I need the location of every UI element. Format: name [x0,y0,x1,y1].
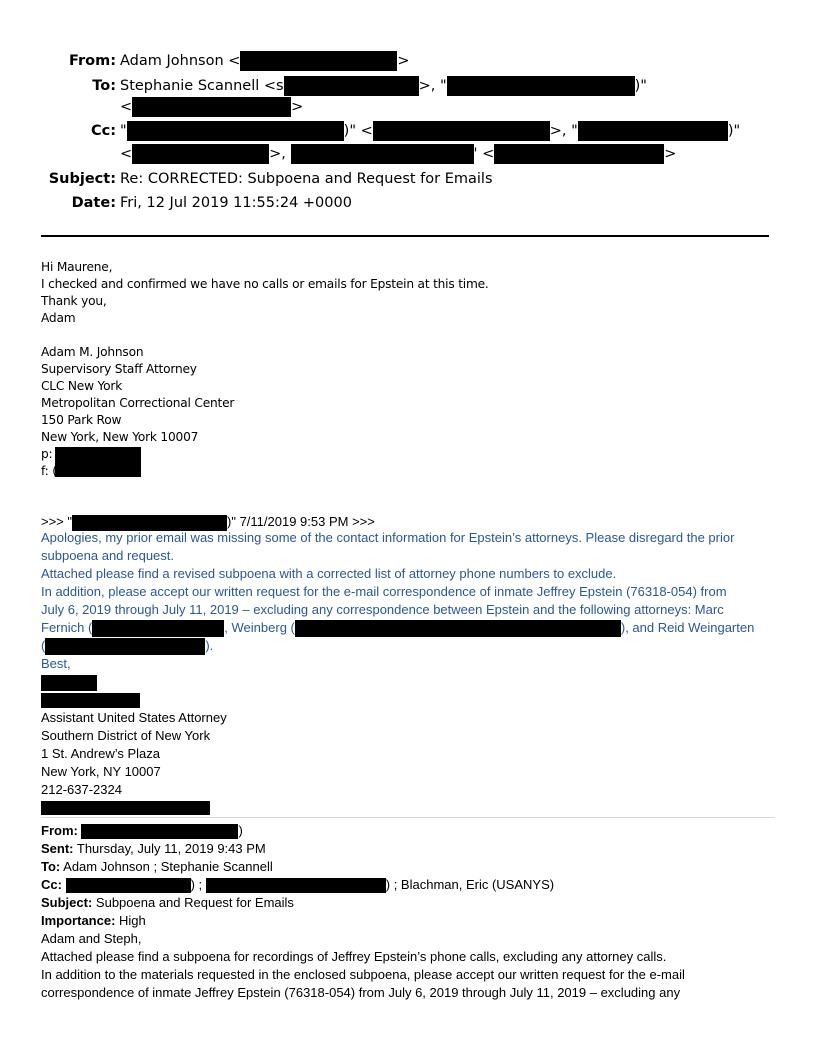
from-name: Adam Johnson < [120,53,240,69]
redaction [291,144,474,164]
redaction [41,693,140,708]
quoted-signature: Assistant United States Attorney Souther… [41,709,227,799]
redaction [494,144,664,164]
redaction [66,878,191,893]
redaction [447,76,635,96]
fwd-body-line: In addition to the materials requested i… [41,966,685,984]
redaction [295,620,621,637]
cc-value: ")" <>, ")" [120,120,740,142]
subject-label: Subject: [0,168,116,190]
fwd-body-line: Adam and Steph, [41,930,685,948]
redaction [240,51,397,71]
date-value: Fri, 12 Jul 2019 11:55:24 +0000 [120,192,352,214]
redaction [206,878,386,893]
redaction [41,801,210,815]
redaction [45,638,205,655]
redaction [284,76,419,96]
redaction [92,620,224,637]
reply-line: Adam [41,310,489,327]
redaction [578,121,728,141]
header-divider [41,235,769,237]
date-label: Date: [0,192,116,214]
redaction [55,447,141,477]
signature-line: Adam M. Johnson [41,344,234,361]
redaction [81,824,238,839]
subject-value: Re: CORRECTED: Subpoena and Request for … [120,168,493,190]
redaction [41,675,97,691]
fwd-subject: Subject: Subpoena and Request for Emails [41,894,685,912]
forward-divider [41,817,775,818]
fwd-sent: Sent: Thursday, July 11, 2019 9:43 PM [41,840,685,858]
reply-line: Thank you, [41,293,489,310]
redaction [373,121,550,141]
redaction [132,144,269,164]
fwd-body-line: Attached please find a subpoena for reco… [41,948,685,966]
signature-line: CLC New York [41,378,234,395]
signature-line: Supervisory Staff Attorney [41,361,234,378]
fwd-importance: Importance: High [41,912,685,930]
to-label: To: [0,75,116,97]
reply-body: Hi Maurene, I checked and confirmed we h… [41,259,489,327]
redaction [127,121,344,141]
from-value: Adam Johnson <> [120,50,410,72]
to-name: Stephanie Scannell <s [120,78,284,94]
signature-line: Metropolitan Correctional Center [41,395,234,412]
signature-line: 150 Park Row [41,412,234,429]
signature-line: New York, New York 10007 [41,429,234,446]
fwd-cc: Cc: ) ; ) ; Blachman, Eric (USANYS) [41,876,685,894]
fwd-from: From: ) [41,822,685,840]
cc-label: Cc: [0,120,116,142]
fwd-body-line: correspondence of inmate Jeffrey Epstein… [41,984,685,1002]
reply-line: Hi Maurene, [41,259,489,276]
closing: Best, [41,655,754,673]
to-value: Stephanie Scannell <s>, ")" [120,75,647,97]
reply-line: I checked and confirmed we have no calls… [41,276,489,293]
forwarded-header: From: ) Sent: Thursday, July 11, 2019 9:… [41,822,685,1002]
fwd-to: To: Adam Johnson ; Stephanie Scannell [41,858,685,876]
redaction [132,97,291,117]
from-label: From: [0,50,116,72]
quoted-body: Apologies, my prior email was missing so… [41,529,754,673]
